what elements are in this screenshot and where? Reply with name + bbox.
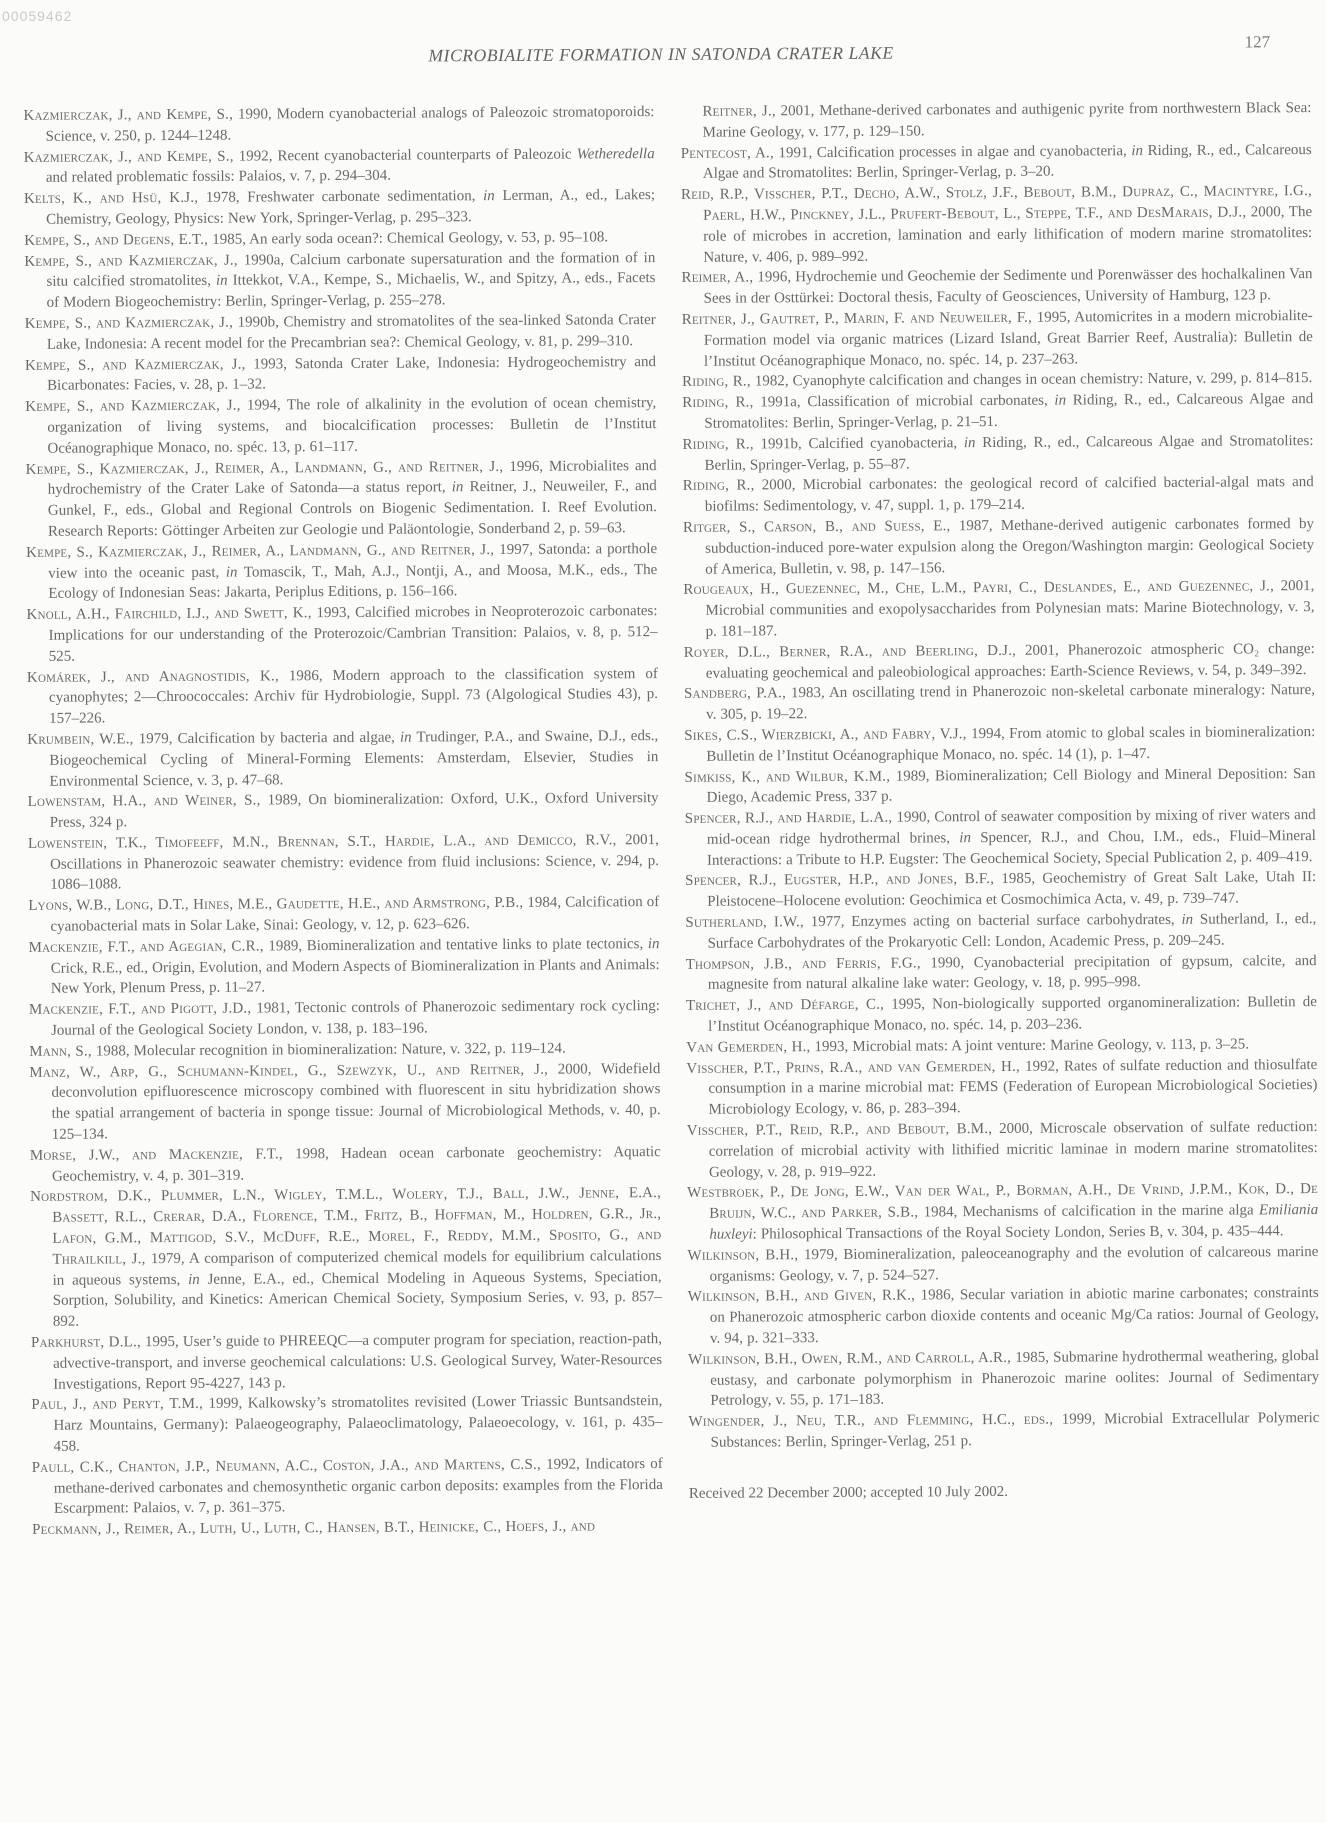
reference-entry: Thompson, J.B., and Ferris, F.G., 1990, … bbox=[686, 951, 1317, 996]
reference-authors: Simkiss, K., and Wilbur, K.M., bbox=[684, 768, 890, 785]
reference-authors: Mackenzie, F.T., and Agegian, C.R., bbox=[29, 938, 264, 955]
reference-authors: Ritger, S., Carson, B., and Suess, E., bbox=[683, 518, 951, 536]
reference-entry: Kempe, S., Kazmierczak, J., Reimer, A., … bbox=[26, 456, 657, 543]
reference-authors: Visscher, P.T., Prins, R.A., and van Gem… bbox=[686, 1058, 1020, 1076]
reference-entry: Lyons, W.B., Long, D.T., Hines, M.E., Ga… bbox=[28, 892, 659, 937]
page-number: 127 bbox=[1244, 32, 1270, 52]
reference-authors: Visscher, P.T., Reid, R.P., and Bebout, … bbox=[687, 1121, 993, 1139]
reference-authors: Sikes, C.S., Wierzbicki, A., and Fabry, … bbox=[684, 726, 967, 744]
reference-text: 1993, Microbial mats: A joint venture: M… bbox=[810, 1036, 1249, 1055]
reference-authors: Kempe, S., Kazmierczak, J., Reimer, A., … bbox=[26, 459, 504, 478]
reference-authors: Riding, R., bbox=[683, 478, 755, 494]
reference-text: 1988, Molecular recognition in biominera… bbox=[92, 1040, 566, 1059]
reference-authors: Lowenstam, H.A., and Weiner, S., bbox=[28, 793, 261, 810]
reference-entry: Rougeaux, H., Guezennec, M., Che, L.M., … bbox=[683, 576, 1314, 642]
reference-entry: Riding, R., 2000, Microbial carbonates: … bbox=[683, 472, 1314, 517]
reference-entry: Reitner, J., 2001, Methane-derived carbo… bbox=[680, 98, 1311, 143]
reference-text: 2000, Microbial carbonates: the geologic… bbox=[705, 474, 1314, 515]
reference-entry: Visscher, P.T., Reid, R.P., and Bebout, … bbox=[687, 1117, 1318, 1183]
reference-entry: Pentecost, A., 1991, Calcification proce… bbox=[681, 140, 1312, 185]
reference-authors: Reid, R.P., Visscher, P.T., Decho, A.W.,… bbox=[681, 183, 1312, 224]
reference-entry: Trichet, J., and Défarge, C., 1995, Non-… bbox=[686, 992, 1317, 1037]
reference-text: 1979, Calcification by bacteria and alga… bbox=[49, 728, 658, 789]
reference-entry: Wilkinson, B.H., 1979, Biomineralization… bbox=[687, 1242, 1318, 1287]
reference-entry: Mackenzie, F.T., and Agegian, C.R., 1989… bbox=[28, 934, 659, 1000]
reference-entry: Morse, J.W., and Mackenzie, F.T., 1998, … bbox=[30, 1142, 661, 1187]
reference-authors: Manz, W., Arp, G., Schumann-Kindel, G., … bbox=[29, 1061, 548, 1080]
reference-authors: Wingender, J., Neu, T.R., and Flemming, … bbox=[688, 1412, 1053, 1430]
reference-authors: Kempe, S., and Degens, E.T., bbox=[24, 232, 208, 249]
page-content: MICROBIALITE FORMATION IN SATONDA CRATER… bbox=[0, 0, 1326, 1823]
reference-authors: Paull, C.K., Chanton, J.P., Neumann, A.C… bbox=[32, 1457, 541, 1476]
reference-entry: Kempe, S., Kazmierczak, J., Reimer, A., … bbox=[26, 539, 657, 605]
reference-authors: Riding, R., bbox=[682, 395, 753, 411]
scanned-page: 00059462 MICROBIALITE FORMATION IN SATON… bbox=[0, 0, 1326, 1823]
reference-entry: Nordstrom, D.K., Plummer, L.N., Wigley, … bbox=[30, 1183, 662, 1332]
reference-authors: Lowenstein, T.K., Timofeeff, M.N., Brenn… bbox=[28, 832, 617, 852]
reference-authors: Van Gemerden, H., bbox=[686, 1039, 810, 1056]
reference-entry: Reimer, A., 1996, Hydrochemie und Geoche… bbox=[681, 264, 1312, 309]
reference-entry: Wilkinson, B.H., and Given, R.K., 1986, … bbox=[688, 1283, 1319, 1349]
reference-entry: Kazmierczak, J., and Kempe, S., 1990, Mo… bbox=[23, 102, 654, 147]
reference-entry: Visscher, P.T., Prins, R.A., and van Gem… bbox=[686, 1055, 1317, 1121]
reference-authors: Royer, D.L., Berner, R.A., and Beerling,… bbox=[684, 643, 1016, 661]
reference-authors: Kempe, S., Kazmierczak, J., Reimer, A., … bbox=[26, 542, 494, 561]
reference-authors: Spencer, R.J., Eugster, H.P., and Jones,… bbox=[685, 871, 994, 889]
reference-authors: Knoll, A.H., Fairchild, I.J., and Swett,… bbox=[26, 605, 311, 623]
reference-columns: Kazmierczak, J., and Kempe, S., 1990, Mo… bbox=[23, 98, 1320, 1541]
reference-authors: Mann, S., bbox=[29, 1043, 92, 1059]
reference-entry: Riding, R., 1991a, Classification of mic… bbox=[682, 389, 1313, 434]
reference-authors: Kelts, K., and Hsü, K.J., bbox=[24, 190, 198, 207]
reference-authors: Sutherland, I.W., bbox=[685, 914, 804, 931]
reference-text: 1996, Hydrochemie und Geochemie der Sedi… bbox=[704, 266, 1313, 307]
reference-entry: Parkhurst, D.L., 1995, User’s guide to P… bbox=[31, 1329, 662, 1395]
reference-entry: Paul, J., and Peryt, T.M., 1999, Kalkows… bbox=[31, 1391, 662, 1457]
reference-entry: Sandberg, P.A., 1983, An oscillating tre… bbox=[684, 680, 1315, 725]
reference-authors: Peckmann, J., Reimer, A., Luth, U., Luth… bbox=[32, 1519, 595, 1538]
reference-list-right: Reitner, J., 2001, Methane-derived carbo… bbox=[680, 98, 1319, 1454]
reference-authors: Reimer, A., bbox=[681, 270, 753, 286]
reference-authors: Reitner, J., Gautret, P., Marin, F. and … bbox=[682, 310, 1032, 328]
reference-authors: Rougeaux, H., Guezennec, M., Che, L.M., … bbox=[683, 579, 1274, 599]
reference-authors: Kempe, S., and Kazmierczak, J., bbox=[25, 356, 246, 373]
reference-authors: Trichet, J., and Défarge, C., bbox=[686, 997, 884, 1014]
reference-entry: Ritger, S., Carson, B., and Suess, E., 1… bbox=[683, 514, 1314, 580]
reference-entry: Kelts, K., and Hsü, K.J., 1978, Freshwat… bbox=[24, 185, 655, 230]
reference-entry: Wingender, J., Neu, T.R., and Flemming, … bbox=[688, 1408, 1319, 1453]
reference-authors: Pentecost, A., bbox=[681, 145, 774, 162]
reference-authors: Wilkinson, B.H., bbox=[687, 1247, 798, 1264]
reference-entry: Sutherland, I.W., 1977, Enzymes acting o… bbox=[685, 909, 1316, 954]
reference-entry: Lowenstam, H.A., and Weiner, S., 1989, O… bbox=[28, 788, 659, 833]
reference-text: 1985, An early soda ocean?: Chemical Geo… bbox=[208, 229, 608, 247]
reference-authors: Wilkinson, B.H., Owen, R.M., and Carroll… bbox=[688, 1350, 1011, 1368]
reference-text: 2001, Methane-derived carbonates and aut… bbox=[703, 100, 1312, 141]
received-note: Received 22 December 2000; accepted 10 J… bbox=[689, 1480, 1320, 1505]
reference-entry: Kempe, S., and Kazmierczak, J., 1990a, C… bbox=[24, 248, 655, 314]
reference-entry: Simkiss, K., and Wilbur, K.M., 1989, Bio… bbox=[684, 764, 1315, 809]
reference-text: 1983, An oscillating trend in Phanerozoi… bbox=[706, 682, 1315, 723]
reference-entry: Spencer, R.J., and Hardie, L.A., 1990, C… bbox=[685, 805, 1316, 871]
reference-entry: Reitner, J., Gautret, P., Marin, F. and … bbox=[682, 306, 1313, 372]
reference-authors: Paul, J., and Peryt, T.M., bbox=[31, 1396, 203, 1413]
reference-authors: Komárek, J., and Anagnostidis, K., bbox=[27, 668, 279, 686]
references-column-right: Reitner, J., 2001, Methane-derived carbo… bbox=[680, 98, 1320, 1537]
reference-authors: Kempe, S., and Kazmierczak, J., bbox=[24, 252, 238, 269]
reference-entry: Komárek, J., and Anagnostidis, K., 1986,… bbox=[27, 664, 658, 730]
reference-entry: Lowenstein, T.K., Timofeeff, M.N., Brenn… bbox=[28, 830, 659, 896]
reference-entry: Riding, R., 1991b, Calcified cyanobacter… bbox=[682, 431, 1313, 476]
reference-authors: Morse, J.W., and Mackenzie, F.T., bbox=[30, 1146, 283, 1164]
reference-entry: Kempe, S., and Kazmierczak, J., 1990b, C… bbox=[25, 310, 656, 355]
reference-authors: Lyons, W.B., Long, D.T., Hines, M.E., Ga… bbox=[28, 895, 523, 914]
reference-entry: Spencer, R.J., Eugster, H.P., and Jones,… bbox=[685, 868, 1316, 913]
reference-entry: Wilkinson, B.H., Owen, R.M., and Carroll… bbox=[688, 1346, 1319, 1412]
reference-entry: Westbroek, P., De Jong, E.W., Van der Wa… bbox=[687, 1179, 1318, 1245]
references-column-left: Kazmierczak, J., and Kempe, S., 1990, Mo… bbox=[23, 102, 663, 1541]
reference-authors: Reitner, J., bbox=[702, 103, 775, 119]
reference-entry: Manz, W., Arp, G., Schumann-Kindel, G., … bbox=[29, 1059, 660, 1146]
reference-authors: Parkhurst, D.L., bbox=[31, 1334, 141, 1351]
reference-text: 1991b, Calcified cyanobacteria, in Ridin… bbox=[705, 433, 1314, 474]
reference-authors: Riding, R., bbox=[682, 436, 753, 452]
reference-text: 1982, Cyanophyte calcification and chang… bbox=[751, 370, 1313, 389]
reference-entry: Sikes, C.S., Wierzbicki, A., and Fabry, … bbox=[684, 722, 1315, 767]
reference-authors: Krumbein, W.E., bbox=[27, 731, 133, 748]
reference-text: 1979, Biomineralization, paleoceanograph… bbox=[710, 1244, 1319, 1285]
reference-entry: Paull, C.K., Chanton, J.P., Neumann, A.C… bbox=[32, 1454, 663, 1520]
reference-entry: Mackenzie, F.T., and Pigott, J.D., 1981,… bbox=[29, 996, 660, 1041]
running-head: MICROBIALITE FORMATION IN SATONDA CRATER… bbox=[0, 40, 1324, 69]
reference-authors: Kempe, S., and Kazmierczak, J., bbox=[25, 315, 233, 332]
reference-text: 1991a, Classification of microbial carbo… bbox=[704, 391, 1313, 432]
reference-authors: Spencer, R.J., and Hardie, L.A., bbox=[685, 810, 893, 827]
reference-authors: Mackenzie, F.T., and Pigott, J.D., bbox=[29, 1001, 251, 1018]
reference-entry: Knoll, A.H., Fairchild, I.J., and Swett,… bbox=[26, 601, 657, 667]
reference-entry: Peckmann, J., Reimer, A., Luth, U., Luth… bbox=[32, 1516, 663, 1541]
reference-authors: Riding, R., bbox=[682, 374, 751, 390]
reference-authors: Sandberg, P.A., bbox=[684, 686, 786, 703]
reference-entry: Krumbein, W.E., 1979, Calcification by b… bbox=[27, 726, 658, 792]
reference-entry: Reid, R.P., Visscher, P.T., Decho, A.W.,… bbox=[681, 181, 1312, 268]
reference-authors: Kazmierczak, J., and Kempe, S., bbox=[23, 107, 233, 124]
reference-list-left: Kazmierczak, J., and Kempe, S., 1990, Mo… bbox=[23, 102, 663, 1541]
reference-text: 1991, Calcification processes in algae a… bbox=[703, 142, 1312, 183]
reference-text: 1995, User’s guide to PHREEQC—a computer… bbox=[53, 1331, 662, 1392]
reference-entry: Kazmierczak, J., and Kempe, S., 1992, Re… bbox=[24, 144, 655, 189]
reference-authors: Kazmierczak, J., and Kempe, S., bbox=[24, 148, 234, 165]
reference-authors: Kempe, S., and Kazmierczak, J., bbox=[25, 398, 240, 415]
reference-entry: Kempe, S., and Kazmierczak, J., 1994, Th… bbox=[25, 393, 656, 459]
reference-entry: Kempe, S., and Kazmierczak, J., 1993, Sa… bbox=[25, 352, 656, 397]
reference-authors: Wilkinson, B.H., and Given, R.K., bbox=[688, 1288, 915, 1305]
reference-authors: Thompson, J.B., and Ferris, F.G., bbox=[686, 955, 921, 972]
reference-entry: Royer, D.L., Berner, R.A., and Beerling,… bbox=[684, 639, 1315, 684]
